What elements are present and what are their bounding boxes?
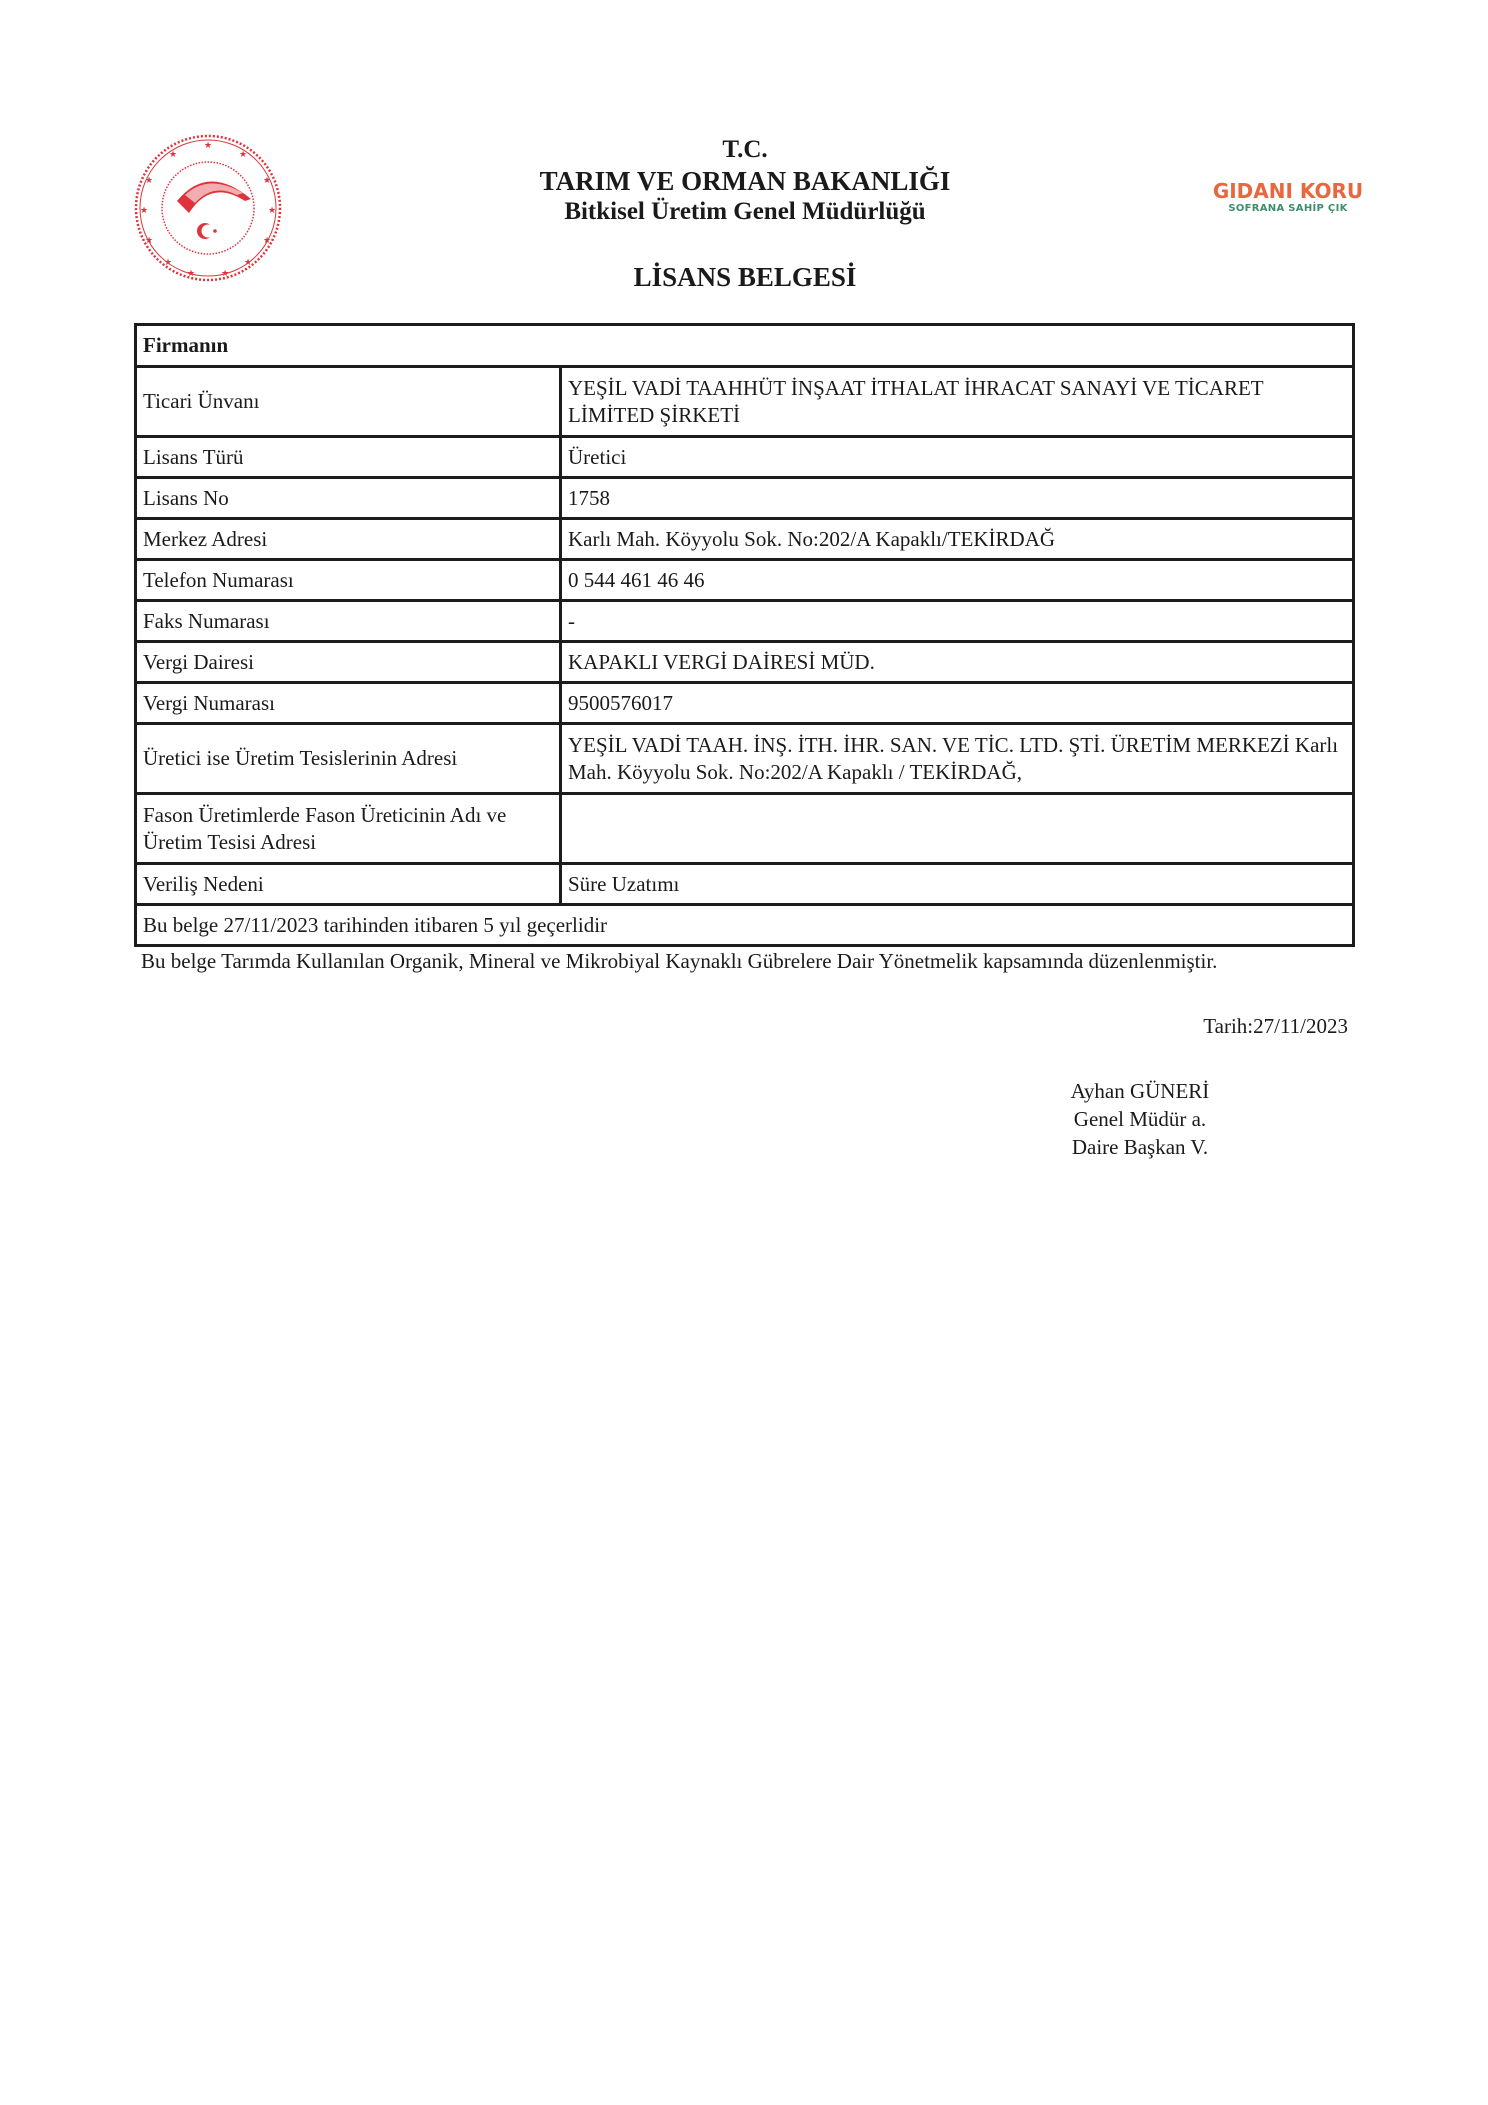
row-value: YEŞİL VADİ TAAH. İNŞ. İTH. İHR. SAN. VE …: [561, 724, 1354, 794]
signature-block: Ayhan GÜNERİ Genel Müdür a. Daire Başkan…: [1040, 1077, 1240, 1161]
issue-date: Tarih:27/11/2023: [1060, 1012, 1348, 1040]
row-value: 1758: [561, 478, 1354, 519]
row-value: [561, 794, 1354, 864]
svg-text:★: ★: [169, 150, 177, 160]
row-label: Veriliş Nedeni: [136, 864, 561, 905]
row-value: -: [561, 601, 1354, 642]
row-label: Ticari Ünvanı: [136, 367, 561, 437]
document-title: LİSANS BELGESİ: [440, 262, 1050, 292]
row-value: KAPAKLI VERGİ DAİRESİ MÜD.: [561, 642, 1354, 683]
svg-text:★: ★: [239, 150, 247, 160]
table-row: Telefon Numarası 0 544 461 46 46: [136, 560, 1354, 601]
svg-text:★: ★: [204, 141, 212, 151]
svg-text:★: ★: [244, 258, 252, 268]
section-label: Firmanın: [136, 325, 1354, 367]
signatory-name: Ayhan GÜNERİ: [1040, 1077, 1240, 1105]
row-label: Üretici ise Üretim Tesislerinin Adresi: [136, 724, 561, 794]
row-value: 0 544 461 46 46: [561, 560, 1354, 601]
row-label: Faks Numarası: [136, 601, 561, 642]
table-row: Vergi Numarası 9500576017: [136, 683, 1354, 724]
table-row: Ticari Ünvanı YEŞİL VADİ TAAHHÜT İNŞAAT …: [136, 367, 1354, 437]
table-row: Lisans Türü Üretici: [136, 437, 1354, 478]
table-row: Lisans No 1758: [136, 478, 1354, 519]
row-label: Vergi Dairesi: [136, 642, 561, 683]
row-label: Vergi Numarası: [136, 683, 561, 724]
regulation-note: Bu belge Tarımda Kullanılan Organik, Min…: [141, 947, 1281, 975]
row-label: Lisans No: [136, 478, 561, 519]
ministry-name: TARIM VE ORMAN BAKANLIĞI: [440, 166, 1050, 196]
logo-top-text: GIDANI KORU: [1203, 180, 1373, 202]
validity-text: Bu belge 27/11/2023 tarihinden itibaren …: [136, 905, 1354, 946]
svg-text:★: ★: [145, 236, 153, 246]
svg-text:★: ★: [268, 206, 276, 216]
signatory-title-2: Daire Başkan V.: [1040, 1133, 1240, 1161]
row-value: Karlı Mah. Köyyolu Sok. No:202/A Kapaklı…: [561, 519, 1354, 560]
gidani-koru-logo: GIDANI KORU SOFRANA SAHİP ÇIK: [1203, 180, 1373, 230]
department-name: Bitkisel Üretim Genel Müdürlüğü: [440, 198, 1050, 226]
license-table: Firmanın Ticari Ünvanı YEŞİL VADİ TAAHHÜ…: [134, 323, 1355, 947]
row-label: Telefon Numarası: [136, 560, 561, 601]
signatory-title-1: Genel Müdür a.: [1040, 1105, 1240, 1133]
row-value: Süre Uzatımı: [561, 864, 1354, 905]
table-row: Üretici ise Üretim Tesislerinin Adresi Y…: [136, 724, 1354, 794]
row-label: Lisans Türü: [136, 437, 561, 478]
row-value: YEŞİL VADİ TAAHHÜT İNŞAAT İTHALAT İHRACA…: [561, 367, 1354, 437]
svg-text:★: ★: [187, 269, 195, 279]
ministry-seal-icon: ★ ★ ★ ★ ★ ★ ★ ★ ★ ★ ★ ★ ★: [133, 133, 283, 283]
table-row: Vergi Dairesi KAPAKLI VERGİ DAİRESİ MÜD.: [136, 642, 1354, 683]
table-section-row: Firmanın: [136, 325, 1354, 367]
validity-row: Bu belge 27/11/2023 tarihinden itibaren …: [136, 905, 1354, 946]
table-row: Fason Üretimlerde Fason Üreticinin Adı v…: [136, 794, 1354, 864]
svg-text:★: ★: [164, 258, 172, 268]
svg-text:★: ★: [263, 176, 271, 186]
svg-text:★: ★: [221, 269, 229, 279]
svg-text:★: ★: [263, 236, 271, 246]
row-value: 9500576017: [561, 683, 1354, 724]
table-row: Veriliş Nedeni Süre Uzatımı: [136, 864, 1354, 905]
row-value: Üretici: [561, 437, 1354, 478]
header-tc: T.C.: [440, 136, 1050, 164]
row-label: Merkez Adresi: [136, 519, 561, 560]
row-label: Fason Üretimlerde Fason Üreticinin Adı v…: [136, 794, 561, 864]
logo-bottom-text: SOFRANA SAHİP ÇIK: [1203, 202, 1373, 216]
svg-text:★: ★: [145, 176, 153, 186]
svg-text:★: ★: [140, 206, 148, 216]
table-row: Merkez Adresi Karlı Mah. Köyyolu Sok. No…: [136, 519, 1354, 560]
table-row: Faks Numarası -: [136, 601, 1354, 642]
